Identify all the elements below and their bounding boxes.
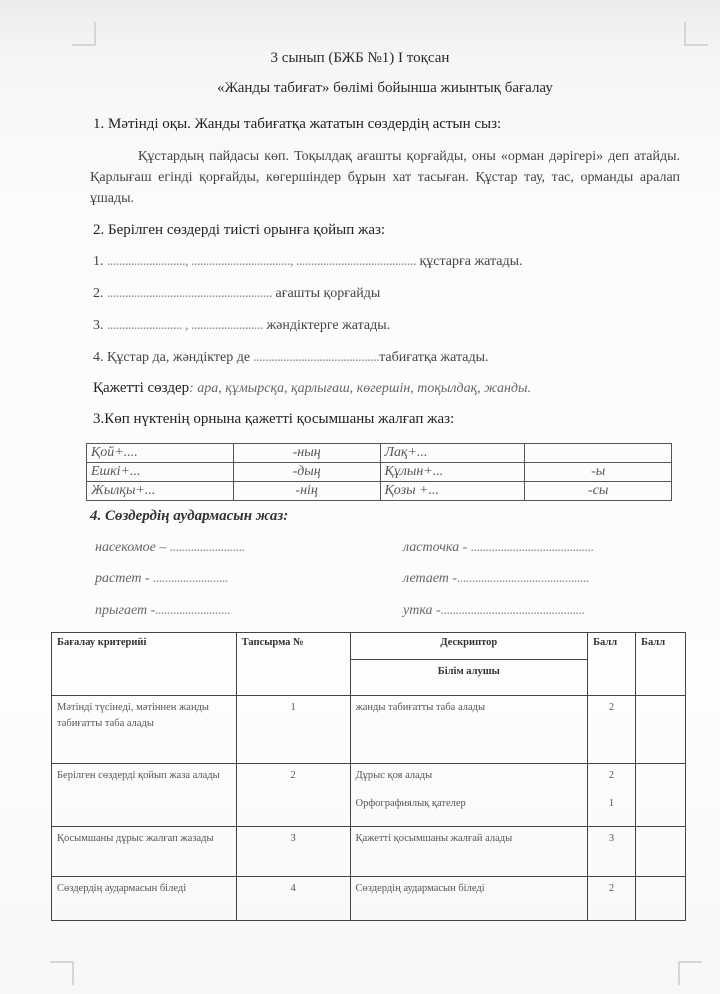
blank-field: .........................	[155, 603, 230, 618]
translation-item: прыгает -.........................	[95, 603, 230, 619]
assessment-table: Бағалау критерийі Тапсырма № Дескриптор …	[51, 632, 686, 921]
criteria-cell: Берілген сөздерді қойып жаза алады	[52, 764, 237, 827]
task1-paragraph: Құстардың пайдасы көп. Тоқылдақ ағашты қ…	[90, 146, 680, 209]
suffix-cell: -дың	[233, 463, 380, 482]
line-text: ағашты қорғайды	[272, 286, 380, 301]
score-cell: 2 1	[588, 764, 636, 827]
suffix-cell: -нің	[233, 482, 380, 501]
blank-field: .........................., ............…	[107, 254, 416, 269]
suffix-table: Қой+.... -ның Лақ+... Ешкі+... -дың Құлы…	[86, 443, 672, 501]
task2-line-1: 1. .........................., .........…	[93, 254, 523, 270]
descriptor-cell: Дұрыс қоя алады Орфографиялық қателер	[350, 764, 588, 827]
corner-mark-bottom-right	[678, 961, 702, 985]
score-blank-cell	[636, 696, 686, 764]
task3-heading: 3.Көп нүктенің орнына қажетті қосымшаны …	[93, 411, 454, 428]
word-cell: Қозы +...	[380, 482, 525, 501]
line-text: табиғатқа жатады.	[379, 350, 488, 365]
task-no-cell: 2	[236, 764, 350, 827]
task2-heading: 2. Берілген сөздерді тиісті орынға қойып…	[93, 222, 385, 239]
task4-heading: 4. Сөздердің аудармасын жаз:	[90, 508, 288, 525]
score-cell: 2	[588, 877, 636, 921]
suffix-cell: -ы	[525, 463, 672, 482]
task2-line-3: 3. ......................... , .........…	[93, 318, 390, 334]
blank-field: ........................................…	[441, 603, 585, 618]
line-number: 4. Құстар да, жәндіктер де	[93, 350, 250, 365]
line-number: 1.	[93, 254, 104, 269]
task1-heading: 1. Мәтінді оқы. Жанды табиғатқа жататын …	[93, 116, 501, 133]
table-row: Ешкі+... -дың Құлын+... -ы	[87, 463, 672, 482]
translation-item: растет - .........................	[95, 571, 228, 587]
suffix-cell: -ның	[233, 444, 380, 463]
score-blank-cell	[636, 877, 686, 921]
document-title: 3 сынып (БЖБ №1) I тоқсан	[0, 50, 720, 67]
table-row: Сөздердің аудармасын біледі 4 Сөздердің …	[52, 877, 686, 921]
word-cell: Ешкі+...	[87, 463, 234, 482]
needed-words: Қажетті сөздер: ара, құмырсқа, қарлығаш,…	[93, 380, 531, 397]
translation-item: ласточка - .............................…	[403, 540, 594, 556]
descriptor-cell: Сөздердің аудармасын біледі	[350, 877, 588, 921]
header-criteria: Бағалау критерийі	[52, 633, 237, 696]
task2-line-2: 2. .....................................…	[93, 286, 380, 302]
translation-item: насекомое – .........................	[95, 540, 245, 556]
table-row: Қой+.... -ның Лақ+...	[87, 444, 672, 463]
word-cell: Лақ+...	[380, 444, 525, 463]
blank-field: ........................................…	[471, 540, 594, 555]
table-row: Жылқы+... -нің Қозы +... -сы	[87, 482, 672, 501]
needed-words-label: Қажетті сөздер	[93, 380, 189, 396]
corner-mark-top-right	[684, 22, 708, 46]
descriptor-cell: Қажетті қосымшаны жалғай алады	[350, 827, 588, 877]
score-cell: 2	[588, 696, 636, 764]
task2-line-4: 4. Құстар да, жәндіктер де .............…	[93, 350, 488, 366]
header-score-2: Балл	[636, 633, 686, 696]
score-item: 2	[609, 770, 614, 781]
line-text: жәндіктерге жатады.	[263, 318, 390, 333]
task-no-cell: 3	[236, 827, 350, 877]
blank-field: .........................	[170, 540, 245, 555]
score-blank-cell	[636, 827, 686, 877]
needed-words-list: : ара, құмырсқа, қарлығаш, көгершін, тоқ…	[189, 381, 531, 396]
descriptor-item: Орфографиялық қателер	[356, 798, 466, 809]
line-number: 2.	[93, 286, 104, 301]
blank-field: .........................	[153, 571, 228, 586]
criteria-cell: Сөздердің аудармасын біледі	[52, 877, 237, 921]
criteria-cell: Мәтінді түсінеді, мәтіннен жанды табиғат…	[52, 696, 237, 764]
header-descriptor-label: Дескриптор	[351, 633, 588, 660]
criteria-cell: Қосымшаны дұрыс жалғап жазады	[52, 827, 237, 877]
word-cell: Құлын+...	[380, 463, 525, 482]
descriptor-item: Дұрыс қоя алады	[356, 770, 433, 781]
suffix-cell	[525, 444, 672, 463]
header-score-1: Балл	[588, 633, 636, 696]
suffix-cell: -сы	[525, 482, 672, 501]
table-row: Мәтінді түсінеді, мәтіннен жанды табиғат…	[52, 696, 686, 764]
blank-field: ......................... , ............…	[107, 318, 263, 333]
word-cell: Жылқы+...	[87, 482, 234, 501]
descriptor-cell: жанды табиғатты таба алады	[350, 696, 588, 764]
header-task-no: Тапсырма №	[236, 633, 350, 696]
blank-field: ........................................…	[107, 286, 272, 301]
word-cell: Қой+....	[87, 444, 234, 463]
header-descriptor: Дескриптор Білім алушы	[350, 633, 588, 696]
task-no-cell: 1	[236, 696, 350, 764]
header-descriptor-sub: Білім алушы	[351, 660, 588, 690]
blank-field: ........................................…	[457, 571, 589, 586]
table-header-row: Бағалау критерийі Тапсырма № Дескриптор …	[52, 633, 686, 696]
translation-item: утка -..................................…	[403, 603, 585, 619]
corner-mark-top-left	[72, 22, 96, 46]
document-subtitle: «Жанды табиғат» бөлімі бойынша жиынтық б…	[0, 80, 720, 97]
table-row: Қосымшаны дұрыс жалғап жазады 3 Қажетті …	[52, 827, 686, 877]
corner-mark-bottom-left	[50, 961, 74, 985]
line-text: құстарға жатады.	[416, 254, 523, 269]
line-number: 3.	[93, 318, 104, 333]
translation-item: летает -................................…	[403, 571, 589, 587]
task-no-cell: 4	[236, 877, 350, 921]
score-item: 1	[609, 798, 614, 809]
score-cell: 3	[588, 827, 636, 877]
score-blank-cell	[636, 764, 686, 827]
table-row: Берілген сөздерді қойып жаза алады 2 Дұр…	[52, 764, 686, 827]
blank-field: ........................................…	[250, 350, 379, 365]
